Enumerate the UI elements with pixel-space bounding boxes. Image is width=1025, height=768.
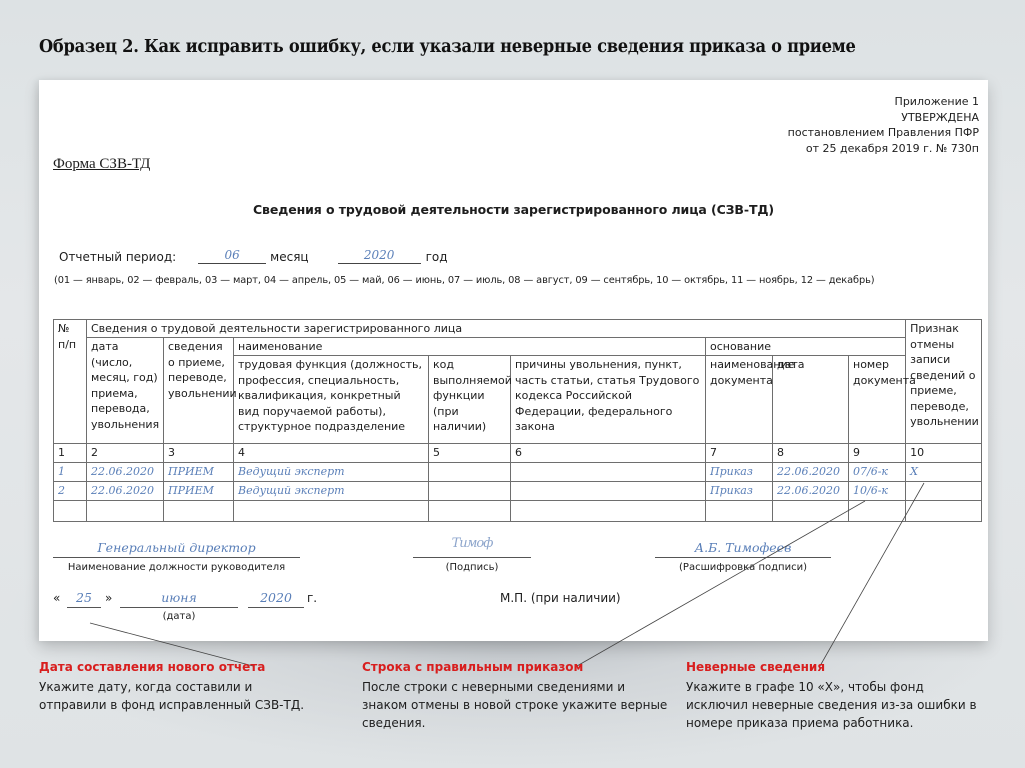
cell-empty[interactable] xyxy=(54,501,87,522)
column-number: 9 xyxy=(849,444,906,463)
date-month-underline xyxy=(120,607,238,608)
header-document-number: номер документа xyxy=(849,356,906,444)
signature-caption: (Подпись) xyxy=(413,562,531,573)
note-text: После строки с неверными сведениями и зн… xyxy=(362,678,672,732)
approval-line-2: УТВЕРЖДЕНА xyxy=(788,110,979,126)
date-year-underline xyxy=(248,607,304,608)
name-underline xyxy=(655,557,831,558)
date-month-field[interactable]: июня xyxy=(120,590,238,605)
approval-line-3: постановлением Правления ПФР xyxy=(788,125,979,141)
header-document-name: наименование документа xyxy=(706,356,773,444)
date-year-field[interactable]: 2020 xyxy=(248,590,304,605)
cell-empty[interactable] xyxy=(164,501,234,522)
column-number: 3 xyxy=(164,444,234,463)
cell-empty[interactable] xyxy=(87,501,164,522)
approval-line-1: Приложение 1 xyxy=(788,94,979,110)
cell-empty[interactable] xyxy=(234,501,429,522)
cell-empty[interactable] xyxy=(511,501,706,522)
cell-document-name[interactable]: Приказ xyxy=(706,482,773,501)
cell-document-date[interactable]: 22.06.2020 xyxy=(773,463,849,482)
period-month-field[interactable]: 06 xyxy=(198,248,266,264)
cell-date[interactable]: 22.06.2020 xyxy=(87,463,164,482)
column-number-row: 1 2 3 4 5 6 7 8 9 10 xyxy=(54,444,982,463)
form-name: Форма СЗВ-ТД xyxy=(53,156,150,173)
cell-empty[interactable] xyxy=(429,501,511,522)
date-day-field[interactable]: 25 xyxy=(67,590,101,605)
cell-empty[interactable] xyxy=(706,501,773,522)
cell-document-name[interactable]: Приказ xyxy=(706,463,773,482)
cell-function[interactable]: Ведущий эксперт xyxy=(234,482,429,501)
date-suffix: г. xyxy=(307,591,317,605)
date-close-quote: » xyxy=(105,591,112,605)
table-row-empty xyxy=(54,501,982,522)
cell-empty[interactable] xyxy=(849,501,906,522)
header-row-number: № п/п xyxy=(54,320,87,444)
cell-function-code[interactable] xyxy=(429,482,511,501)
signature-mark[interactable]: Тимоф xyxy=(413,536,531,551)
note-title: Неверные сведения xyxy=(686,659,1006,676)
header-basis: основание xyxy=(706,338,906,356)
header-event: сведения о приеме, переводе, увольнении xyxy=(164,338,234,444)
period-month-label: месяц xyxy=(270,250,308,264)
note-report-date: Дата составления нового отчета Укажите д… xyxy=(39,659,359,714)
page-title: Образец 2. Как исправить ошибку, если ук… xyxy=(39,37,856,57)
cell-date[interactable]: 22.06.2020 xyxy=(87,482,164,501)
cell-function-code[interactable] xyxy=(429,463,511,482)
cell-document-number[interactable]: 07/6-к xyxy=(849,463,906,482)
note-title: Строка с правильным приказом xyxy=(362,659,682,676)
position-underline xyxy=(53,557,300,558)
date-open-quote: « xyxy=(53,591,60,605)
table-row: 2 22.06.2020 ПРИЕМ Ведущий эксперт Прика… xyxy=(54,482,982,501)
cell-empty[interactable] xyxy=(906,501,982,522)
column-number: 2 xyxy=(87,444,164,463)
cell-number[interactable]: 1 xyxy=(54,463,87,482)
period-year-field[interactable]: 2020 xyxy=(338,248,421,264)
note-title: Дата составления нового отчета xyxy=(39,659,359,676)
cell-function[interactable]: Ведущий эксперт xyxy=(234,463,429,482)
date-day-underline xyxy=(67,607,101,608)
header-dismissal-reason: причины увольнения, пункт, часть статьи,… xyxy=(511,356,706,444)
position-caption: Наименование должности руководителя xyxy=(53,562,300,573)
column-number: 1 xyxy=(54,444,87,463)
reporting-period: Отчетный период: 06 месяц 2020 год xyxy=(59,248,448,264)
header-function-code: код выполняемой функции (при наличии) xyxy=(429,356,511,444)
months-legend: (01 — январь, 02 — февраль, 03 — март, 0… xyxy=(54,275,874,286)
column-number: 8 xyxy=(773,444,849,463)
header-function: трудовая функция (должность, профессия, … xyxy=(234,356,429,444)
cell-cancel-flag[interactable] xyxy=(906,482,982,501)
position-field[interactable]: Генеральный директор xyxy=(53,540,300,555)
signature-underline xyxy=(413,557,531,558)
note-text: Укажите в графе 10 «Х», чтобы фонд исклю… xyxy=(686,678,986,732)
cell-empty[interactable] xyxy=(773,501,849,522)
approval-stamp: Приложение 1 УТВЕРЖДЕНА постановлением П… xyxy=(788,94,979,156)
cell-dismissal-reason[interactable] xyxy=(511,463,706,482)
approval-line-4: от 25 декабря 2019 г. № 730п xyxy=(788,141,979,157)
period-year-label: год xyxy=(426,250,448,264)
column-number: 10 xyxy=(906,444,982,463)
column-number: 4 xyxy=(234,444,429,463)
stamp-label: М.П. (при наличии) xyxy=(500,591,621,605)
header-naming: наименование xyxy=(234,338,706,356)
note-correct-order-row: Строка с правильным приказом После строк… xyxy=(362,659,682,732)
date-caption: (дата) xyxy=(120,611,238,622)
header-date: дата (число, месяц, год) приема, перевод… xyxy=(87,338,164,444)
cell-number[interactable]: 2 xyxy=(54,482,87,501)
header-cancel-flag: Признак отмены записи сведений о приеме,… xyxy=(906,320,982,444)
form-sheet: Приложение 1 УТВЕРЖДЕНА постановлением П… xyxy=(39,80,988,641)
column-number: 6 xyxy=(511,444,706,463)
cell-cancel-flag[interactable]: Х xyxy=(906,463,982,482)
note-incorrect-info: Неверные сведения Укажите в графе 10 «Х»… xyxy=(686,659,1006,732)
period-label: Отчетный период: xyxy=(59,250,176,264)
cell-event[interactable]: ПРИЕМ xyxy=(164,482,234,501)
name-field[interactable]: А.Б. Тимофеев xyxy=(655,540,831,555)
cell-document-date[interactable]: 22.06.2020 xyxy=(773,482,849,501)
header-document-date: дата xyxy=(773,356,849,444)
header-employment-info: Сведения о трудовой деятельности зарегис… xyxy=(87,320,906,338)
table-row: 1 22.06.2020 ПРИЕМ Ведущий эксперт Прика… xyxy=(54,463,982,482)
column-number: 7 xyxy=(706,444,773,463)
cell-dismissal-reason[interactable] xyxy=(511,482,706,501)
cell-event[interactable]: ПРИЕМ xyxy=(164,463,234,482)
employment-table: № п/п Сведения о трудовой деятельности з… xyxy=(53,319,982,522)
note-text: Укажите дату, когда составили и отправил… xyxy=(39,678,319,714)
column-number: 5 xyxy=(429,444,511,463)
name-caption: (Расшифровка подписи) xyxy=(655,562,831,573)
cell-document-number[interactable]: 10/6-к xyxy=(849,482,906,501)
document-heading: Сведения о трудовой деятельности зарегис… xyxy=(39,202,988,217)
